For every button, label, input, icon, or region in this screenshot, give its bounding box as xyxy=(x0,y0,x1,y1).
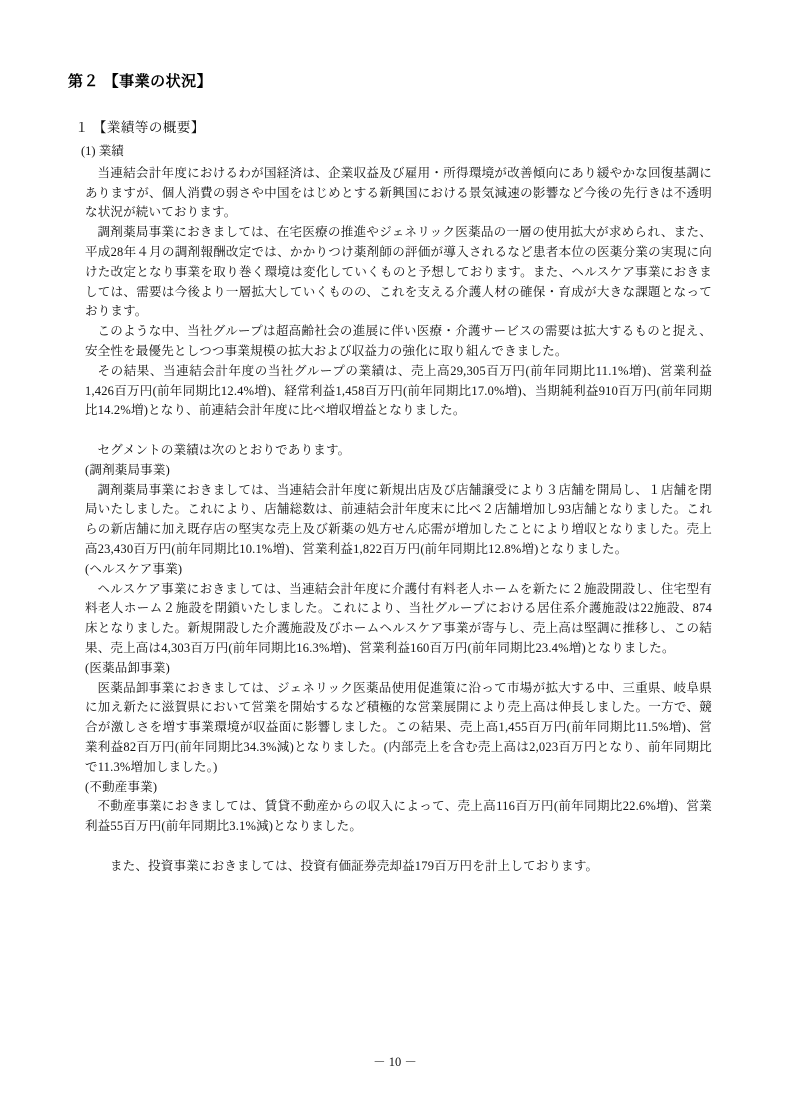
label-healthcare-segment: (ヘルスケア事業) xyxy=(85,560,712,580)
paragraph-pharmacy-environment: 調剤薬局事業におきましては、在宅医療の推進やジェネリック医薬品の一層の使用拡大が… xyxy=(85,223,712,322)
document-content: 第２ 【事業の状況】 １ 【業績等の概要】 (1) 業績 当連結会計年度における… xyxy=(68,72,712,876)
label-realestate-segment: (不動産事業) xyxy=(85,778,712,798)
paragraph-consolidated-results: その結果、当連結会計年度の当社グループの業績は、売上高29,305百万円(前年同… xyxy=(85,362,712,421)
document-page: 第２ 【事業の状況】 １ 【業績等の概要】 (1) 業績 当連結会計年度における… xyxy=(0,0,790,1118)
subsection-heading: (1) 業績 xyxy=(81,142,712,162)
chapter-heading: １ 【業績等の概要】 xyxy=(75,118,712,137)
paragraph-group-policy: このような中、当社グループは超高齢社会の進展に伴い医療・介護サービスの需要は拡大… xyxy=(85,322,712,362)
paragraph-segment-intro: セグメントの業績は次のとおりであります。 xyxy=(85,441,712,461)
body-text: 当連結会計年度におけるわが国経済は、企業収益及び雇用・所得環境が改善傾向にあり緩… xyxy=(85,164,712,877)
page-footer: － 10 － xyxy=(0,1053,790,1072)
paragraph-investment-note: また、投資事業におきましては、投資有価証券売却益179百万円を計上しております。 xyxy=(85,857,712,877)
page-number: － 10 － xyxy=(373,1055,417,1069)
paragraph-pharmacy-segment-results: 調剤薬局事業におきましては、当連結会計年度に新規出店及び店舗譲受により３店舗を開… xyxy=(85,481,712,560)
label-wholesale-segment: (医薬品卸事業) xyxy=(85,659,712,679)
paragraph-economic-overview: 当連結会計年度におけるわが国経済は、企業収益及び雇用・所得環境が改善傾向にあり緩… xyxy=(85,164,712,223)
paragraph-realestate-segment-results: 不動産事業におきましては、賃貸不動産からの収入によって、売上高116百万円(前年… xyxy=(85,797,712,837)
section-heading: 第２ 【事業の状況】 xyxy=(68,72,712,92)
paragraph-wholesale-segment-results: 医薬品卸事業におきましては、ジェネリック医薬品使用促進策に沿って市場が拡大する中… xyxy=(85,679,712,778)
paragraph-healthcare-segment-results: ヘルスケア事業におきましては、当連結会計年度に介護付有料老人ホームを新たに２施設… xyxy=(85,580,712,659)
label-pharmacy-segment: (調剤薬局事業) xyxy=(85,461,712,481)
